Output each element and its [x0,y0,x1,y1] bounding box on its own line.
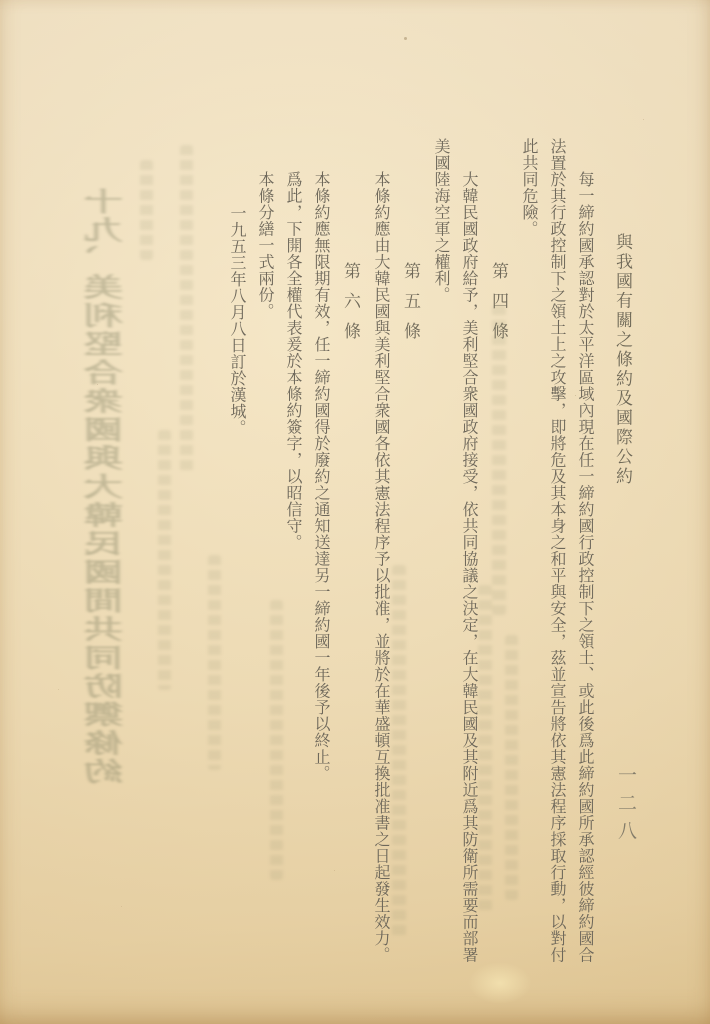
bleedthrough-smudge [270,600,283,880]
bleedthrough-smudge [392,565,406,940]
bleedthrough-smudge [478,585,492,915]
article3-column-2: 法置於其行政控制下之領土上之攻擊，即將危及其本身之和平與安全，茲並宣告將依其憲法… [542,138,570,978]
bleedthrough-smudge [158,430,171,690]
bleedthrough-smudge [208,555,221,770]
article6-column-1: 本條約應無限期有效，任一締約國得於廢約之通知送達另一締約國一年後予以終止。 [306,138,334,978]
article4-column-2: 美國陸海空軍之權利。 [426,138,454,978]
scanned-treaty-page: 與我國有關之條約及國際公約 一二八 每一締約國承認對於太平洋區域內現在任一締約國… [0,0,710,1024]
bleedthrough-smudge [492,305,506,615]
page-number: 一二八 [613,765,637,849]
article-6-heading: 第六條 [336,138,364,978]
bleedthrough-smudge [140,160,153,260]
paper-specks [0,0,3,3]
article5-column-1: 本條約應由大韓民國與美利堅合衆國各依其憲法程序予以批准，並將於在華盛頓互換批准書… [366,138,394,978]
bleedthrough-smudge [180,145,193,475]
bleedthrough-title: 十九、美利堅合衆國與大韓民國間共同防禦條約 [82,188,133,787]
article3-column-3: 此共同危險。 [514,138,542,978]
article3-column-1: 每一締約國承認對於太平洋區域內現在任一締約國行政控制下之領土、或此後爲此締約國所… [570,138,598,978]
paper-light-spot [468,962,532,1004]
running-header: 與我國有關之條約及國際公約 [610,233,634,487]
signing-date-column: 一九五三年八月八日訂於漢城。 [222,138,250,978]
bleedthrough-smudge [505,635,518,900]
